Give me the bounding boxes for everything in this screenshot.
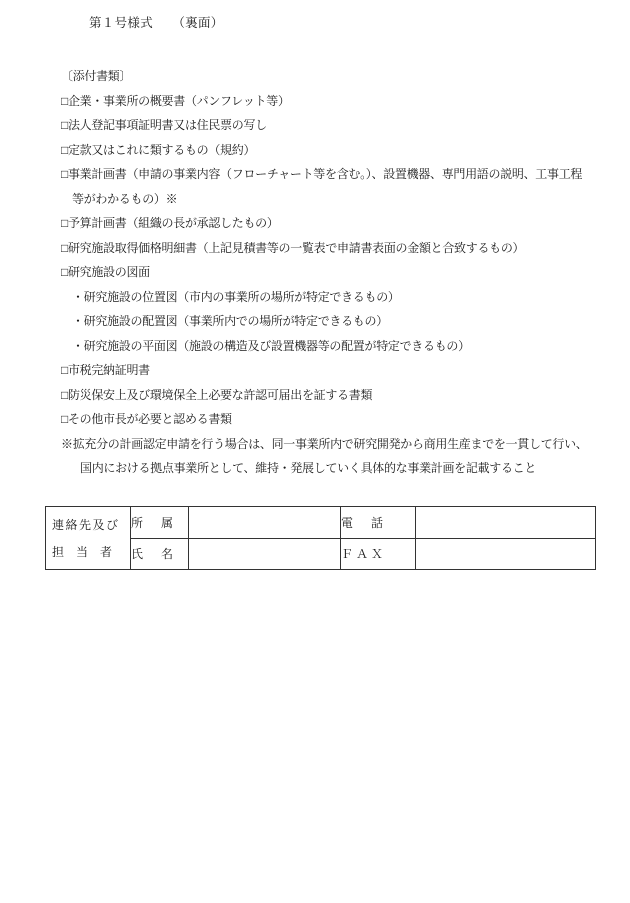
- checkbox-icon: □: [61, 167, 68, 181]
- note-line: ※拡充分の計画認定申請を行う場合は、同一事業所内で研究開発から商用生産までを一貫…: [61, 432, 610, 457]
- checklist-item-label: 研究施設の図面: [68, 265, 150, 279]
- checklist-item-label: 企業・事業所の概要書（パンフレット等）: [68, 94, 290, 108]
- checkbox-icon: □: [61, 363, 68, 377]
- attachments-section: 〔添付書類〕 □企業・事業所の概要書（パンフレット等） □法人登記事項証明書又は…: [61, 64, 610, 481]
- document-page: 第１号様式 （裏面） 〔添付書類〕 □企業・事業所の概要書（パンフレット等） □…: [0, 0, 630, 903]
- checkbox-icon: □: [61, 265, 68, 279]
- checklist-item: □その他市長が必要と認める書類: [61, 407, 610, 432]
- contact-group-label-line2: 担 当 者: [52, 543, 124, 560]
- checklist-item: □企業・事業所の概要書（パンフレット等）: [61, 89, 610, 114]
- checklist-item-label: 研究施設の配置図（事業所内での場所が特定できるもの）: [84, 314, 388, 328]
- checklist-item-label: 防災保安上及び環境保全上必要な許認可届出を証する書類: [68, 388, 372, 402]
- affiliation-field-label: 所 属: [131, 507, 189, 539]
- checklist-subitem: ・研究施設の配置図（事業所内での場所が特定できるもの）: [61, 309, 610, 334]
- checklist-subitem: ・研究施設の平面図（施設の構造及び設置機器等の配置が特定できるもの）: [61, 334, 610, 359]
- checklist-item-label: 研究施設取得価格明細書（上記見積書等の一覧表で申請書表面の金額と合致するもの）: [68, 241, 524, 255]
- checklist-item-label: その他市長が必要と認める書類: [68, 412, 232, 426]
- checklist-item-label: 研究施設の平面図（施設の構造及び設置機器等の配置が特定できるもの）: [84, 339, 470, 353]
- checklist-item-label: 等がわかるもの）※: [72, 192, 177, 206]
- contact-table-row: 連絡先及び 担 当 者 所 属 電 話: [46, 507, 596, 539]
- bullet-icon: ・: [72, 339, 84, 353]
- checklist-item: □研究施設取得価格明細書（上記見積書等の一覧表で申請書表面の金額と合致するもの）: [61, 236, 610, 261]
- checklist-item-label: 市税完納証明書: [68, 363, 150, 377]
- form-number-label: 第１号様式 （裏面）: [89, 13, 224, 33]
- checklist-item: □予算計画書（組織の長が承認したもの）: [61, 211, 610, 236]
- phone-field-label: 電 話: [341, 507, 416, 539]
- checkbox-icon: □: [61, 216, 68, 230]
- note-text: 拡充分の計画認定申請を行う場合は、同一事業所内で研究開発から商用生産までを一貫し…: [73, 437, 588, 451]
- checklist-item-label: 法人登記事項証明書又は住民票の写し: [68, 118, 267, 132]
- checklist-item-label: 予算計画書（組織の長が承認したもの）: [68, 216, 279, 230]
- checkbox-icon: □: [61, 241, 68, 255]
- contact-table: 連絡先及び 担 当 者 所 属 電 話 氏 名 ＦＡＸ: [45, 506, 596, 570]
- phone-value-cell: [416, 507, 596, 539]
- checklist-item-continuation: 等がわかるもの）※: [61, 187, 610, 212]
- checklist-item: □法人登記事項証明書又は住民票の写し: [61, 113, 610, 138]
- checklist-item: □研究施設の図面: [61, 260, 610, 285]
- name-field-label: 氏 名: [131, 538, 189, 570]
- contact-group-label: 連絡先及び 担 当 者: [46, 507, 130, 569]
- affiliation-value-cell: [189, 507, 341, 539]
- note-text: 国内における拠点事業所として、維持・発展していく具体的な事業計画を記載すること: [80, 461, 536, 475]
- checklist-item: □定款又はこれに類するもの（規約）: [61, 138, 610, 163]
- checklist-item: □事業計画書（申請の事業内容（フローチャート等を含む。）、設置機器、専門用語の説…: [61, 162, 610, 187]
- attachments-section-title: 〔添付書類〕: [61, 64, 610, 89]
- contact-group-label-line1: 連絡先及び: [52, 516, 124, 533]
- fax-field-label: ＦＡＸ: [341, 538, 416, 570]
- checklist-item-label: 定款又はこれに類するもの（規約）: [68, 143, 255, 157]
- checkbox-icon: □: [61, 118, 68, 132]
- checkbox-icon: □: [61, 388, 68, 402]
- reference-mark-icon: ※: [61, 437, 73, 451]
- checklist-subitem: ・研究施設の位置図（市内の事業所の場所が特定できるもの）: [61, 285, 610, 310]
- contact-group-label-cell: 連絡先及び 担 当 者: [46, 507, 131, 570]
- checkbox-icon: □: [61, 412, 68, 426]
- note-line-continuation: 国内における拠点事業所として、維持・発展していく具体的な事業計画を記載すること: [61, 456, 610, 481]
- name-value-cell: [189, 538, 341, 570]
- checkbox-icon: □: [61, 94, 68, 108]
- checklist-item-label: 研究施設の位置図（市内の事業所の場所が特定できるもの）: [84, 290, 400, 304]
- checklist-item: □市税完納証明書: [61, 358, 610, 383]
- bullet-icon: ・: [72, 290, 84, 304]
- checkbox-icon: □: [61, 143, 68, 157]
- checklist-item: □防災保安上及び環境保全上必要な許認可届出を証する書類: [61, 383, 610, 408]
- checklist-item-label: 事業計画書（申請の事業内容（フローチャート等を含む。）、設置機器、専門用語の説明…: [68, 167, 582, 181]
- bullet-icon: ・: [72, 314, 84, 328]
- fax-value-cell: [416, 538, 596, 570]
